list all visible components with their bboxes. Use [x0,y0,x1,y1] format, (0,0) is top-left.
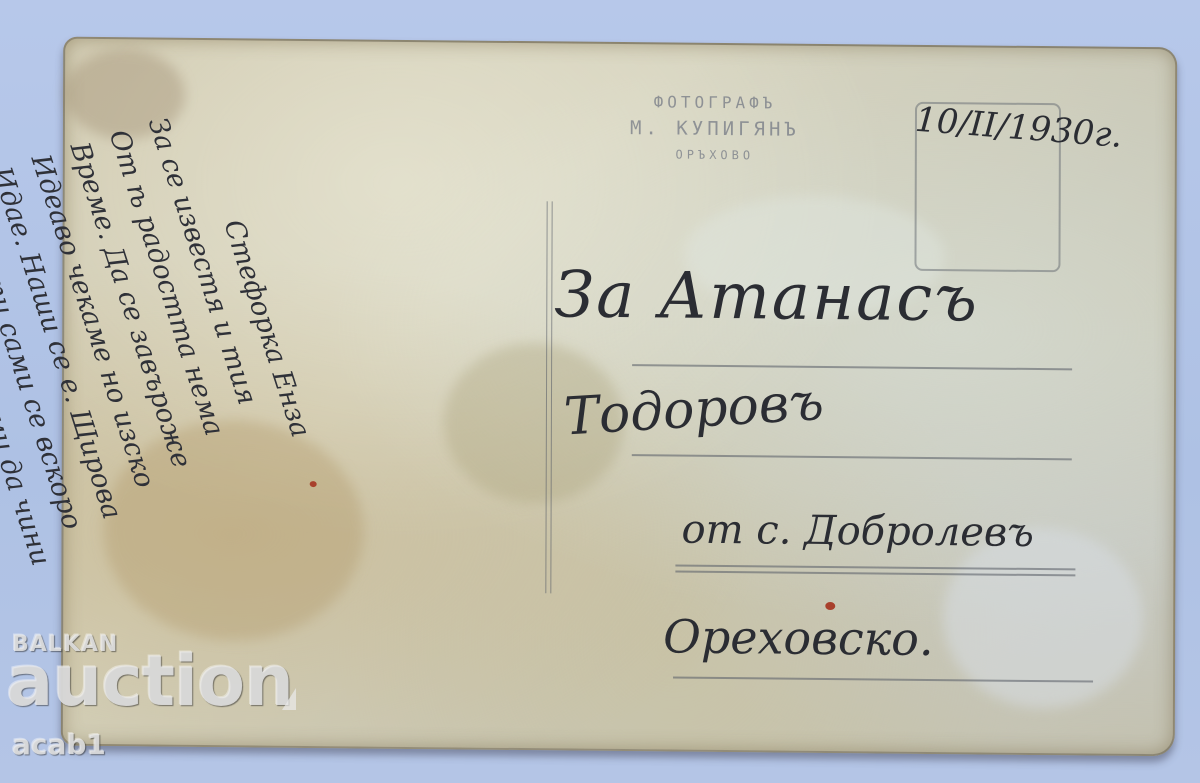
printed-line-2: М. КУПИГЯНЪ [585,117,845,141]
printed-header: ФОТОГРАФЪ М. КУПИГЯНЪ ОРЪХОВО [585,92,845,163]
printed-line-1: ФОТОГРАФЪ [585,92,845,113]
red-ink-spot [310,481,317,487]
watermark-main: auction [6,640,293,722]
address-line-4: Ореховско. [663,609,934,666]
address-line-rule [632,454,1072,460]
address-line-rule [632,364,1072,370]
vertical-divider [545,201,552,593]
address-line-3: от с. Добролевъ [681,507,1034,556]
auction-hammer-icon [282,688,296,710]
red-ink-spot [825,602,835,610]
printed-line-3: ОРЪХОВО [585,147,845,163]
address-line-1: За Атанасъ [554,258,979,336]
watermark-user: acab1 [12,728,106,761]
